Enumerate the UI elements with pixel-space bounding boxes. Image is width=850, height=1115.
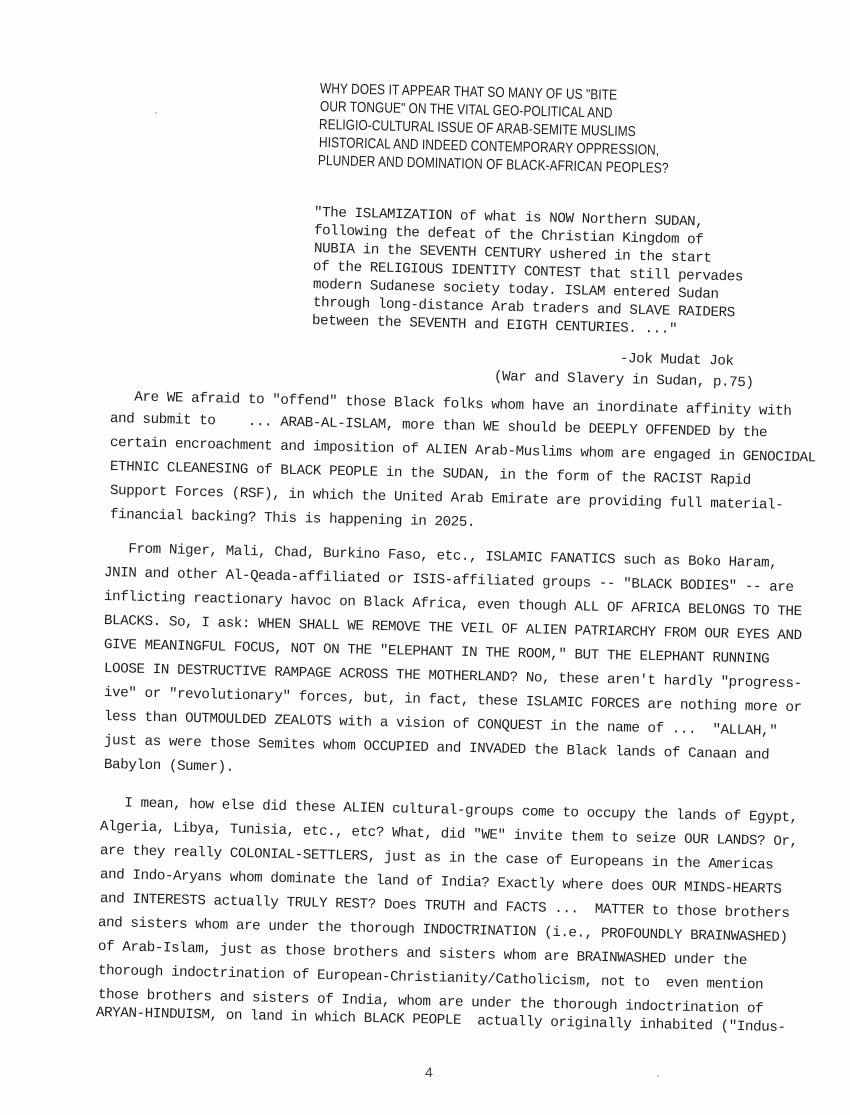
paragraph-2-line: Babylon (Sumer). [104,756,234,777]
scanned-document-page: WHY DOES IT APPEAR THAT SO MANY OF US "B… [0,0,850,1115]
quote-attribution-author: -Jok Mudat Jok [620,350,734,371]
page-number: 4 [425,1064,433,1080]
quote-attribution-source: (War and Slavery in Sudan, p.75) [494,368,754,392]
scan-speck [657,1075,659,1077]
paragraph-1-line: financial backing? This is happening in … [110,506,475,532]
scan-speck [155,112,157,114]
